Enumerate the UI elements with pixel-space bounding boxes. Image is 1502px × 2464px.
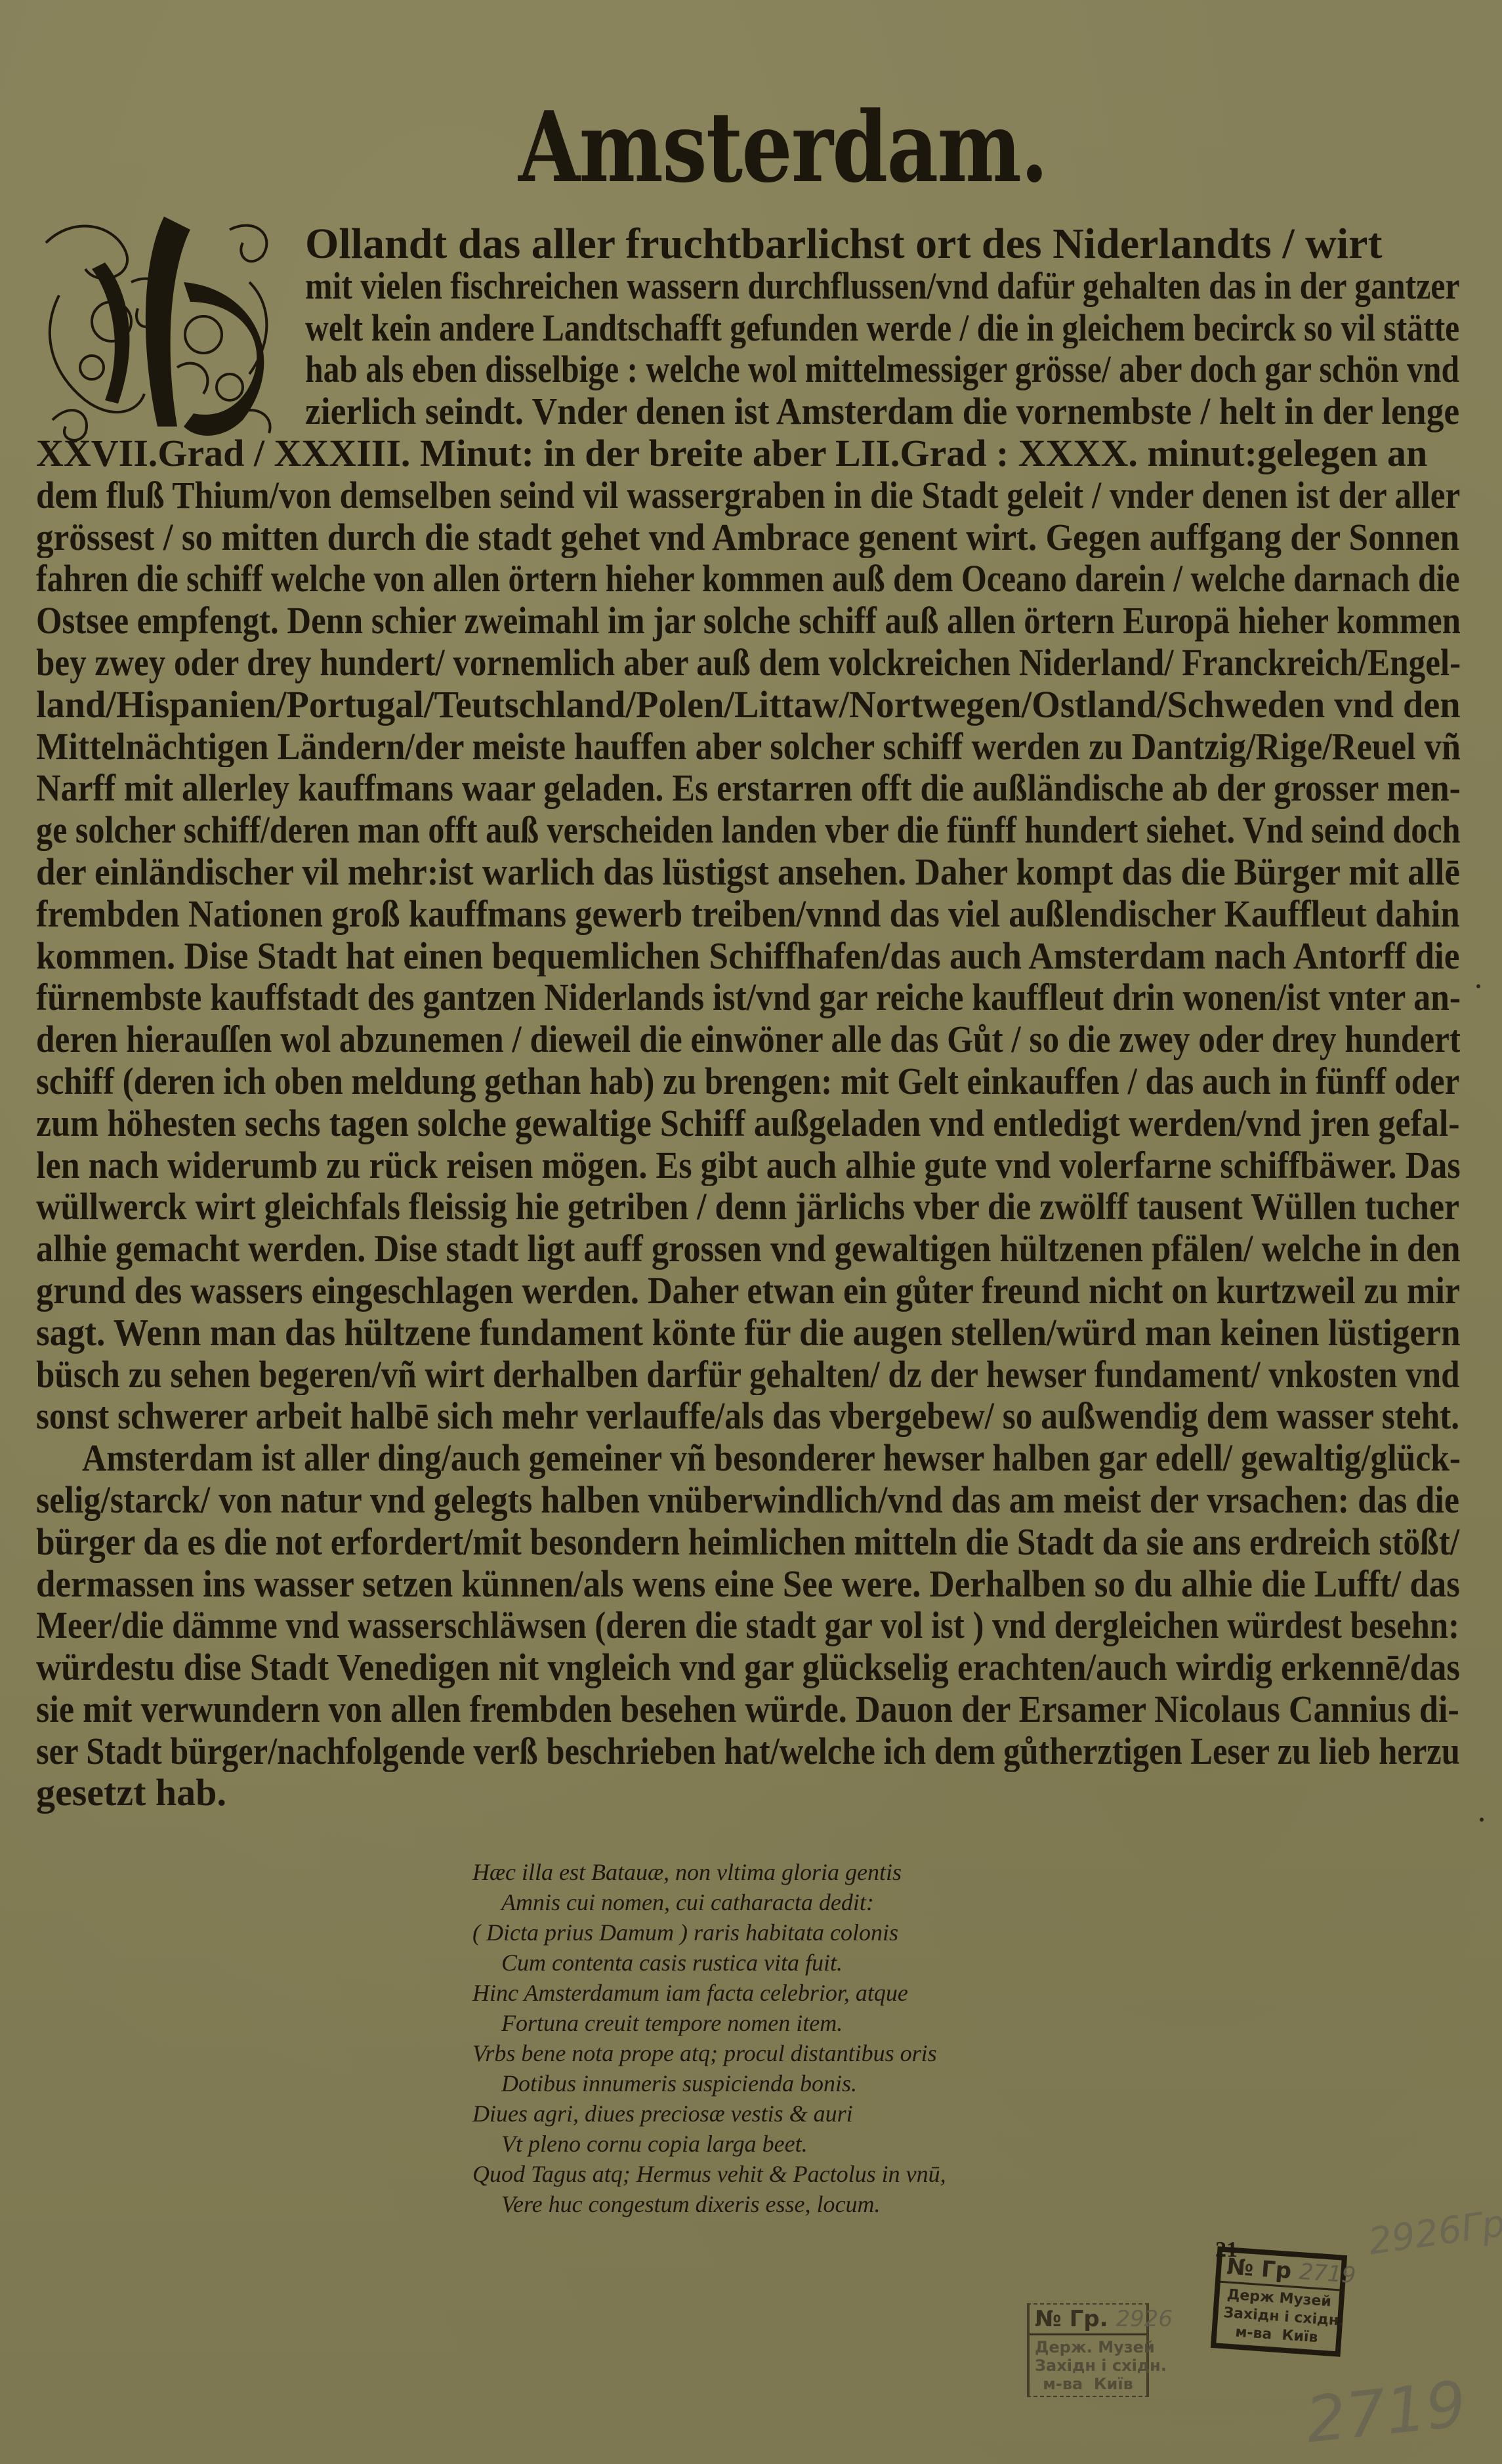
text-line: hab als eben disselbige : welche wol mit… bbox=[36, 348, 1460, 390]
verse-line: Cum contenta casis rustica vita fuit. bbox=[472, 1948, 1063, 1978]
text-line: mit vielen fischreichen wassern durchflu… bbox=[36, 265, 1460, 307]
text-line: fürnembste kauffstadt des gantzen Niderl… bbox=[36, 976, 1460, 1018]
text-line: Mittelnächtigen Ländern/der meiste hauff… bbox=[36, 726, 1460, 768]
text-line: frembden Nationen groß kauffmans gewerb … bbox=[36, 893, 1460, 935]
verse-line: Hinc Amsterdamum iam facta celebrior, at… bbox=[472, 1978, 1063, 2008]
text-line: wüllwerck wirt gleichfals fleissig hie g… bbox=[36, 1186, 1460, 1228]
verse-line: ( Dicta prius Damum ) raris habitata col… bbox=[472, 1917, 1063, 1948]
verse-line: Fortuna creuit tempore nomen item. bbox=[472, 2008, 1063, 2038]
text-line: gesetzt hab. bbox=[36, 1772, 1460, 1814]
latin-verses: Hæc illa est Batauæ, non vltima gloria g… bbox=[472, 1857, 1063, 2219]
museum-stamp-right: № Гр 2719 Держ Музей Західн і східн. м-в… bbox=[1211, 2246, 1347, 2356]
text-line: grössest / so mitten durch die stadt geh… bbox=[36, 516, 1460, 558]
text-line: Amsterdam ist aller ding/auch gemeiner v… bbox=[36, 1437, 1460, 1479]
text-line: sie mit verwundern von allen frembden be… bbox=[36, 1688, 1460, 1730]
verse-line: Vt pleno cornu copia larga beet. bbox=[472, 2129, 1063, 2159]
ink-spot bbox=[1476, 984, 1480, 988]
text-line: ge solcher schiff/deren man offt auß ver… bbox=[36, 809, 1460, 851]
text-line: deren hierauſſen wol abzunemen / dieweil… bbox=[36, 1018, 1460, 1060]
verse-line: Hæc illa est Batauæ, non vltima gloria g… bbox=[472, 1857, 1063, 1887]
text-line: zum höhesten sechs tagen solche gewaltig… bbox=[36, 1102, 1460, 1144]
verse-line: Vrbs bene nota prope atq; procul distant… bbox=[472, 2038, 1063, 2068]
verse-line: Amnis cui nomen, cui catharacta dedit: bbox=[472, 1887, 1063, 1917]
text-line: alhie gemacht werden. Dise stadt ligt au… bbox=[36, 1228, 1460, 1270]
text-line: sonst schwerer arbeit halbē sich mehr ve… bbox=[36, 1395, 1460, 1437]
body-text: Ollandt das aller fruchtbarlichst ort de… bbox=[36, 223, 1460, 1814]
museum-stamp-left: № Гр. 2926 Держ. Музей Західн і східн. м… bbox=[1027, 2303, 1149, 2397]
page-title: Amsterdam. bbox=[518, 98, 906, 196]
document-page: Amsterdam. Ollandt das aller fruchtbarli… bbox=[0, 0, 1502, 2464]
text-line: XXVII.Grad / XXXIII. Minut: in der breit… bbox=[36, 432, 1460, 474]
text-line: Ostsee empfengt. Denn schier zweimahl im… bbox=[36, 600, 1460, 642]
pencil-inventory-mark: 2926Гр bbox=[1366, 2202, 1502, 2263]
verse-line: Dotibus innumeris suspicienda bonis. bbox=[472, 2068, 1063, 2099]
stamp-number: № Гр. 2926 bbox=[1030, 2305, 1146, 2335]
text-line: ser Stadt bürger/nachfolgende verß besch… bbox=[36, 1730, 1460, 1772]
stamp-text: Держ. Музей Західн і східн. м-ва Київ bbox=[1030, 2335, 1146, 2396]
text-line: selig/starck/ von natur vnd gelegts halb… bbox=[36, 1479, 1460, 1521]
text-line: sagt. Wenn man das hültzene fundament kö… bbox=[36, 1312, 1460, 1354]
text-line: kommen. Dise Stadt hat einen bequemliche… bbox=[36, 935, 1460, 977]
stamp-text: Держ Музей Західн і східн. м-ва Київ bbox=[1216, 2283, 1339, 2351]
text-line: Ollandt das aller fruchtbarlichst ort de… bbox=[36, 223, 1460, 265]
text-line: zierlich seindt. Vnder denen ist Amsterd… bbox=[36, 390, 1460, 432]
verse-line: Quod Tagus atq; Hermus vehit & Pactolus … bbox=[472, 2159, 1063, 2189]
ink-spot bbox=[1480, 1818, 1484, 1822]
text-line: fahren die schiff welche von allen örter… bbox=[36, 558, 1460, 600]
text-line: bey zwey oder drey hundert/ vornemlich a… bbox=[36, 642, 1460, 684]
text-line: bürger da es die not erfordert/mit beson… bbox=[36, 1521, 1460, 1563]
text-line: len nach widerumb zu rück reisen mögen. … bbox=[36, 1144, 1460, 1186]
text-line: welt kein andere Landtschafft gefunden w… bbox=[36, 307, 1460, 349]
text-line: der einländischer vil mehr:ist warlich d… bbox=[36, 851, 1460, 893]
text-line: Meer/die dämme vnd wasserschläwsen (dere… bbox=[36, 1604, 1460, 1646]
verse-line: Diues agri, diues preciosæ vestis & auri bbox=[472, 2099, 1063, 2129]
text-line: schiff (deren ich oben meldung gethan ha… bbox=[36, 1060, 1460, 1102]
text-line: Narff mit allerley kauffmans waar gelade… bbox=[36, 767, 1460, 809]
verse-line: Vere huc congestum dixeris esse, locum. bbox=[472, 2189, 1063, 2219]
text-line: büsch zu sehen begeren/vñ wirt derhalben… bbox=[36, 1354, 1460, 1396]
text-line: grund des wassers eingeschlagen werden. … bbox=[36, 1270, 1460, 1312]
text-line: würdestu dise Stadt Venedigen nit vnglei… bbox=[36, 1646, 1460, 1688]
text-line: land/Hispanien/Portugal/Teutschland/Pole… bbox=[36, 684, 1460, 726]
pencil-inventory-mark: 2719 bbox=[1303, 2368, 1470, 2457]
text-line: dermassen ins wasser setzen künnen/als w… bbox=[36, 1563, 1460, 1605]
text-line: dem fluß Thium/von demselben seind vil w… bbox=[36, 474, 1460, 516]
